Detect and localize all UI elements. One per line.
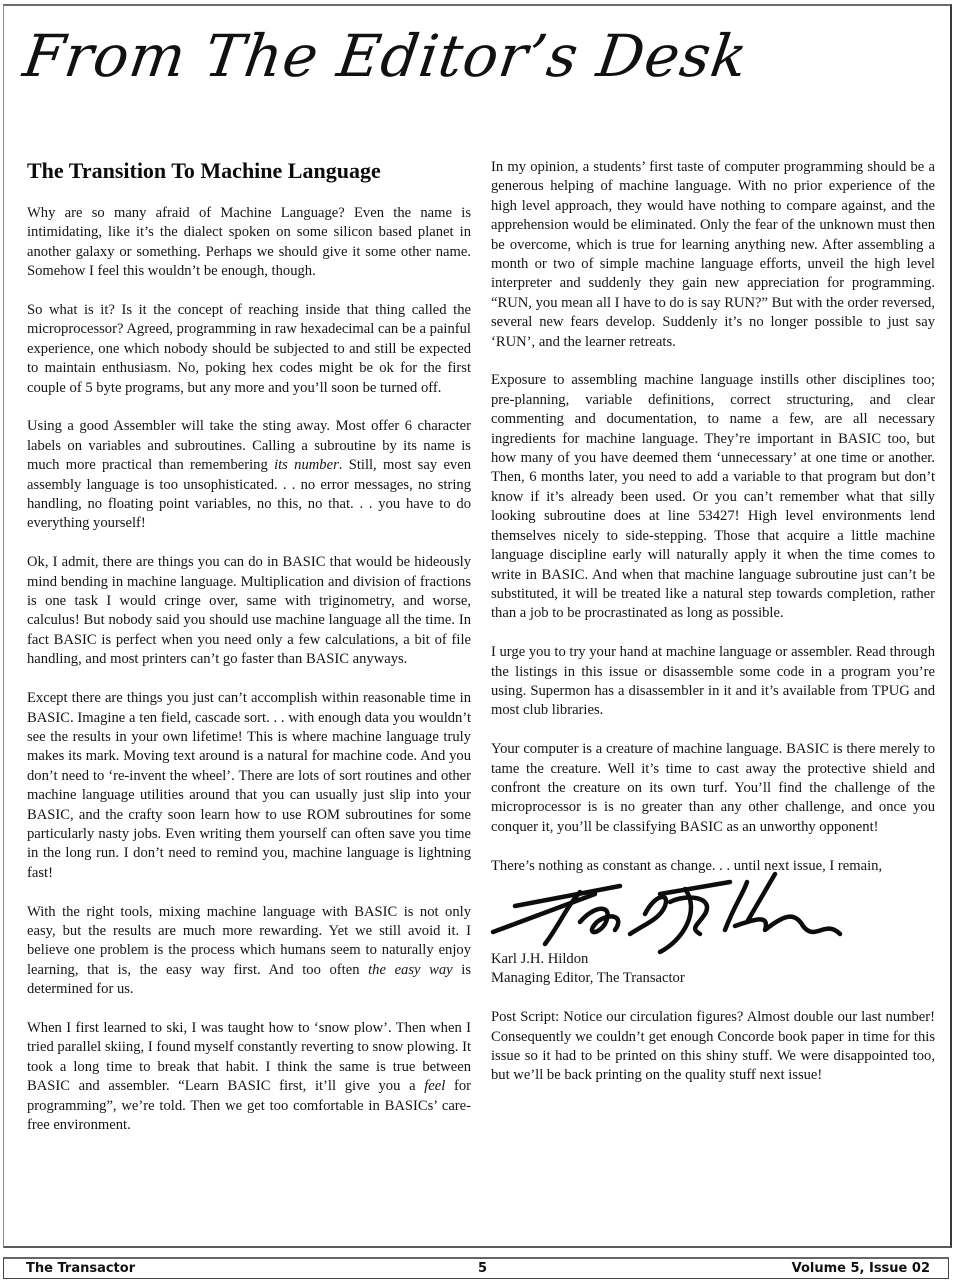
footer-page-number: 5 bbox=[478, 1259, 487, 1279]
postscript: Post Script: Notice our circulation figu… bbox=[491, 1008, 935, 1086]
paragraph: I urge you to try your hand at machine l… bbox=[491, 643, 935, 721]
text-run: When I first learned to ski, I was taugh… bbox=[27, 1020, 471, 1094]
paragraph: Using a good Assembler will take the sti… bbox=[27, 417, 471, 533]
right-column: In my opinion, a students’ first taste o… bbox=[491, 158, 935, 1105]
paragraph: With the right tools, mixing machine lan… bbox=[27, 903, 471, 1000]
footer-issue: Volume 5, Issue 02 bbox=[792, 1259, 930, 1279]
emphasis: the easy way bbox=[368, 962, 453, 978]
article-headline: The Transition To Machine Language bbox=[27, 158, 471, 184]
paragraph: So what is it? Is it the concept of reac… bbox=[27, 301, 471, 398]
page-footer: The Transactor 5 Volume 5, Issue 02 bbox=[3, 1257, 949, 1279]
paragraph: Your computer is a creature of machine l… bbox=[491, 740, 935, 837]
signature bbox=[491, 864, 935, 950]
signature-scribble-icon bbox=[485, 864, 905, 956]
paragraph: Except there are things you just can’t a… bbox=[27, 689, 471, 883]
emphasis: its number bbox=[274, 457, 339, 473]
paragraph: When I first learned to ski, I was taugh… bbox=[27, 1019, 471, 1135]
masthead-title: From The Editor’s Desk bbox=[19, 22, 752, 90]
left-column: The Transition To Machine Language Why a… bbox=[27, 158, 471, 1155]
paragraph: In my opinion, a students’ first taste o… bbox=[491, 158, 935, 352]
emphasis: feel bbox=[424, 1078, 445, 1094]
paragraph: Ok, I admit, there are things you can do… bbox=[27, 553, 471, 669]
paragraph: Exposure to assembling machine language … bbox=[491, 371, 935, 623]
signature-title: Managing Editor, The Transactor bbox=[491, 969, 935, 988]
footer-publication: The Transactor bbox=[26, 1259, 135, 1279]
paragraph: Why are so many afraid of Machine Langua… bbox=[27, 204, 471, 282]
